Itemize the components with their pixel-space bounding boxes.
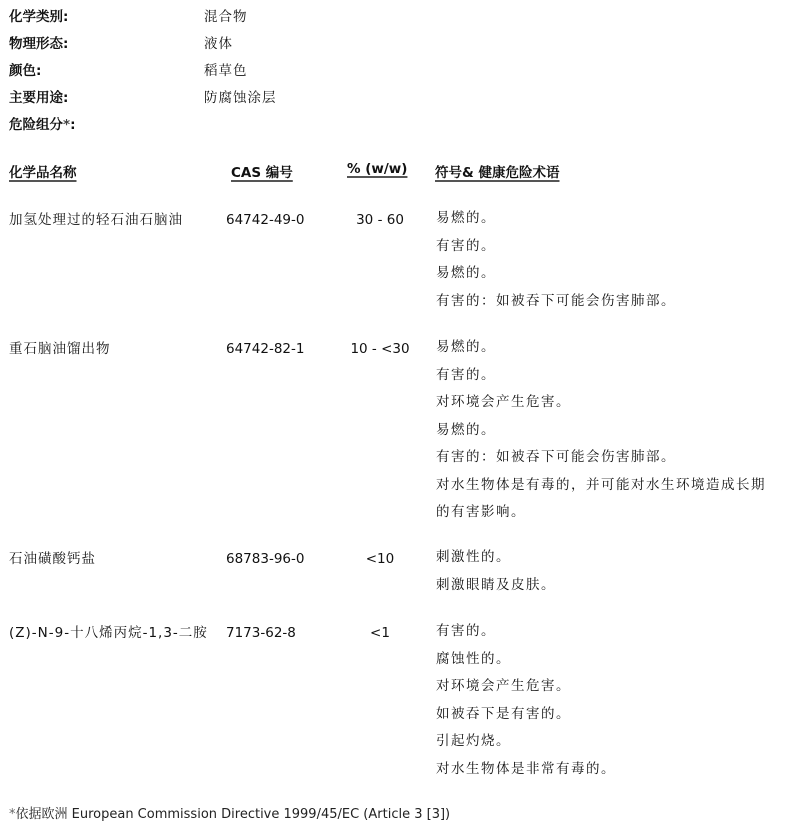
hazard-phrases: 易燃的。 有害的。 易燃的。 有害的：如被吞下可能会伤害肺部。 <box>436 205 786 315</box>
hazard-phrase: 的有害影响。 <box>436 499 786 527</box>
hazard-phrase: 易燃的。 <box>436 205 786 233</box>
property-value: 液体 <box>204 33 233 55</box>
chemical-name: 加氢处理过的轻石油石脑油 <box>9 205 209 235</box>
hazard-phrase: 对环境会产生危害。 <box>436 389 786 417</box>
hazard-phrase: 腐蚀性的。 <box>436 646 786 674</box>
hazard-phrase: 有害的。 <box>436 618 786 646</box>
cas-number: 68783-96-0 <box>226 544 304 574</box>
label-text: 危险组分 <box>9 117 63 133</box>
label-colon: : <box>70 117 75 133</box>
asterisk: * <box>63 117 70 133</box>
column-header-chemical-name: 化学品名称 <box>9 161 77 181</box>
property-label: 危险组分*: <box>9 114 75 136</box>
percent-range: <1 <box>330 618 430 648</box>
hazard-phrase: 刺激性的。 <box>436 544 786 572</box>
property-label: 主要用途: <box>9 87 68 109</box>
table-header: 化学品名称 CAS 编号 % (w/w) 符号& 健康危险术语 <box>0 161 790 185</box>
hazard-phrase: 如被吞下是有害的。 <box>436 701 786 729</box>
hazard-phrase: 有害的。 <box>436 362 786 390</box>
property-value: 稻草色 <box>204 60 248 82</box>
property-value: 混合物 <box>204 6 248 28</box>
hazard-phrase: 易燃的。 <box>436 334 786 362</box>
hazard-phrases: 有害的。 腐蚀性的。 对环境会产生危害。 如被吞下是有害的。 引起灼烧。 对水生… <box>436 618 786 783</box>
hazard-phrase: 易燃的。 <box>436 417 786 445</box>
column-header-percent: % (w/w) <box>347 161 407 177</box>
property-label: 颜色: <box>9 60 41 82</box>
hazard-phrase: 对环境会产生危害。 <box>436 673 786 701</box>
chemical-name: 重石脑油馏出物 <box>9 334 209 364</box>
percent-range: <10 <box>330 544 430 574</box>
hazard-phrase: 对水生物体是有毒的，并可能对水生环境造成长期 <box>436 472 786 500</box>
property-label: 物理形态: <box>9 33 68 55</box>
hazard-phrase: 刺激眼睛及皮肤。 <box>436 572 786 600</box>
hazard-phrase: 有害的：如被吞下可能会伤害肺部。 <box>436 444 786 472</box>
property-label: 化学类别: <box>9 6 68 28</box>
hazard-phrases: 刺激性的。 刺激眼睛及皮肤。 <box>436 544 786 599</box>
hazard-phrases: 易燃的。 有害的。 对环境会产生危害。 易燃的。 有害的：如被吞下可能会伤害肺部… <box>436 334 786 527</box>
hazard-phrase: 易燃的。 <box>436 260 786 288</box>
hazard-phrase: 引起灼烧。 <box>436 728 786 756</box>
cas-number: 7173-62-8 <box>226 618 296 648</box>
property-value: 防腐蚀涂层 <box>204 87 277 109</box>
chemical-name: (Z)-N-9-十八烯丙烷-1,3-二胺 <box>9 618 209 648</box>
column-header-symbols: 符号& 健康危险术语 <box>435 161 559 181</box>
cas-number: 64742-82-1 <box>226 334 304 364</box>
footnote: *依据欧洲 European Commission Directive 1999… <box>9 803 450 822</box>
percent-range: 10 - <30 <box>330 334 430 364</box>
column-header-cas-number: CAS 编号 <box>231 161 293 181</box>
footnote-text: 依据欧洲 European Commission Directive 1999/… <box>16 807 451 822</box>
hazard-phrase: 有害的。 <box>436 233 786 261</box>
cas-number: 64742-49-0 <box>226 205 304 235</box>
chemical-name: 石油磺酸钙盐 <box>9 544 209 574</box>
hazard-phrase: 对水生物体是非常有毒的。 <box>436 756 786 784</box>
hazard-phrase: 有害的：如被吞下可能会伤害肺部。 <box>436 288 786 316</box>
percent-range: 30 - 60 <box>330 205 430 235</box>
